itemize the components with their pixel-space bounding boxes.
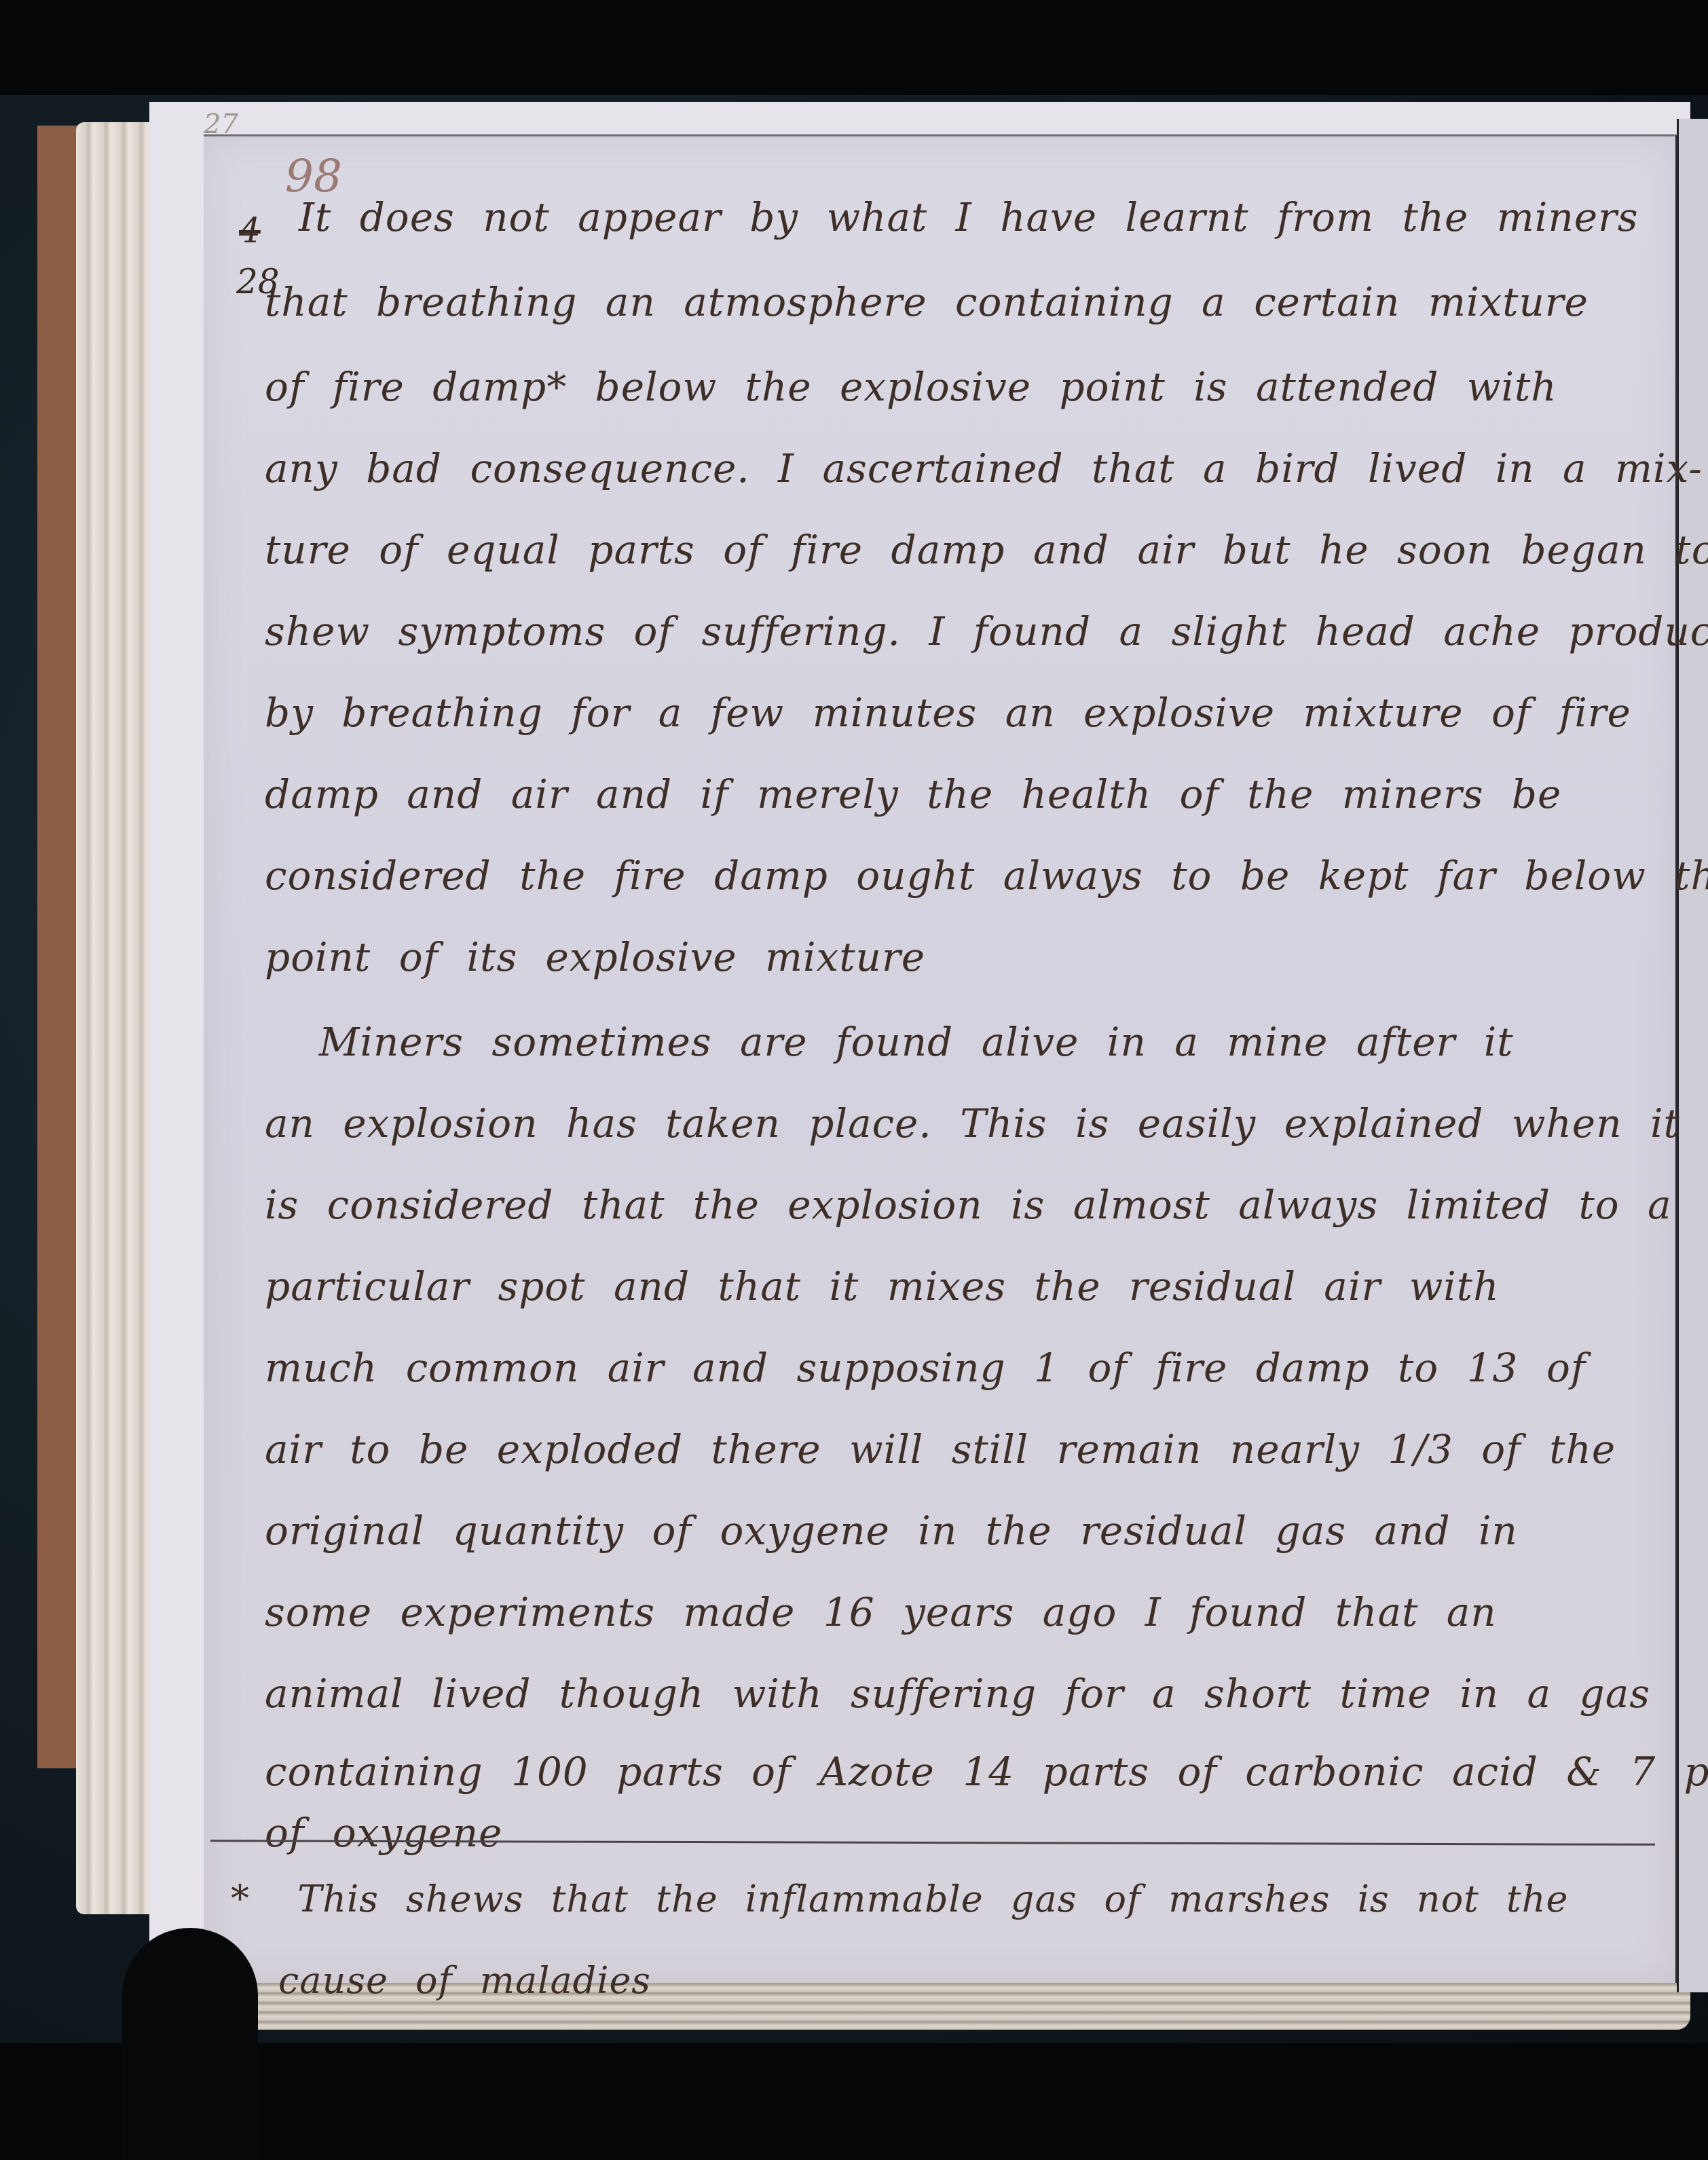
footnote-marker: * (231, 1878, 250, 1920)
body-line-4: any bad consequence. I ascertained that … (265, 445, 1635, 491)
footnote-text-1: This shews that the inflammable gas of m… (297, 1878, 1568, 1920)
body-line-8: damp and air and if merely the health of… (265, 771, 1635, 817)
body-line-16: air to be exploded there will still rema… (265, 1426, 1635, 1472)
struck-folio-number: 4 (239, 211, 261, 250)
body-line-13: is considered that the explosion is almo… (265, 1182, 1635, 1228)
body-line-10: point of its explosive mixture (265, 934, 1635, 980)
body-line-2: that breathing an atmosphere containing … (265, 279, 1635, 325)
footnote-line-2: cause of maladies (278, 1959, 1635, 2002)
body-line-12: an explosion has taken place. This is ea… (265, 1100, 1635, 1147)
body-line-5: ture of equal parts of fire damp and air… (265, 527, 1635, 573)
footnote-line-1: * This shews that the inflammable gas of… (231, 1878, 1635, 1920)
body-line-19: animal lived though with suffering for a… (265, 1671, 1635, 1717)
body-line-20: containing 100 parts of Azote 14 parts o… (265, 1749, 1635, 1795)
body-line-1: It does not appear by what I have learnt… (299, 194, 1635, 240)
body-line-21: of oxygene (265, 1810, 1635, 1856)
manuscript-page: 4 28 98 It does not appear by what I hav… (204, 134, 1677, 1983)
body-line-3: of fire damp* below the explosive point … (265, 364, 1635, 410)
facing-page-edge (1677, 119, 1708, 1992)
body-line-18: some experiments made 16 years ago I fou… (265, 1589, 1635, 1635)
body-line-9: considered the fire damp ought always to… (265, 853, 1635, 899)
body-line-14: particular spot and that it mixes the re… (265, 1263, 1635, 1309)
body-line-17: original quantity of oxygene in the resi… (265, 1508, 1635, 1554)
body-line-11: Miners sometimes are found alive in a mi… (319, 1019, 1635, 1065)
cover-board-edge (37, 126, 78, 1768)
body-line-15: much common air and supposing 1 of fire … (265, 1345, 1635, 1391)
body-line-6: shew symptoms of suffering. I found a sl… (265, 608, 1635, 654)
thumb-holding-page (122, 1928, 258, 2160)
body-line-7: by breathing for a few minutes an explos… (265, 690, 1635, 736)
